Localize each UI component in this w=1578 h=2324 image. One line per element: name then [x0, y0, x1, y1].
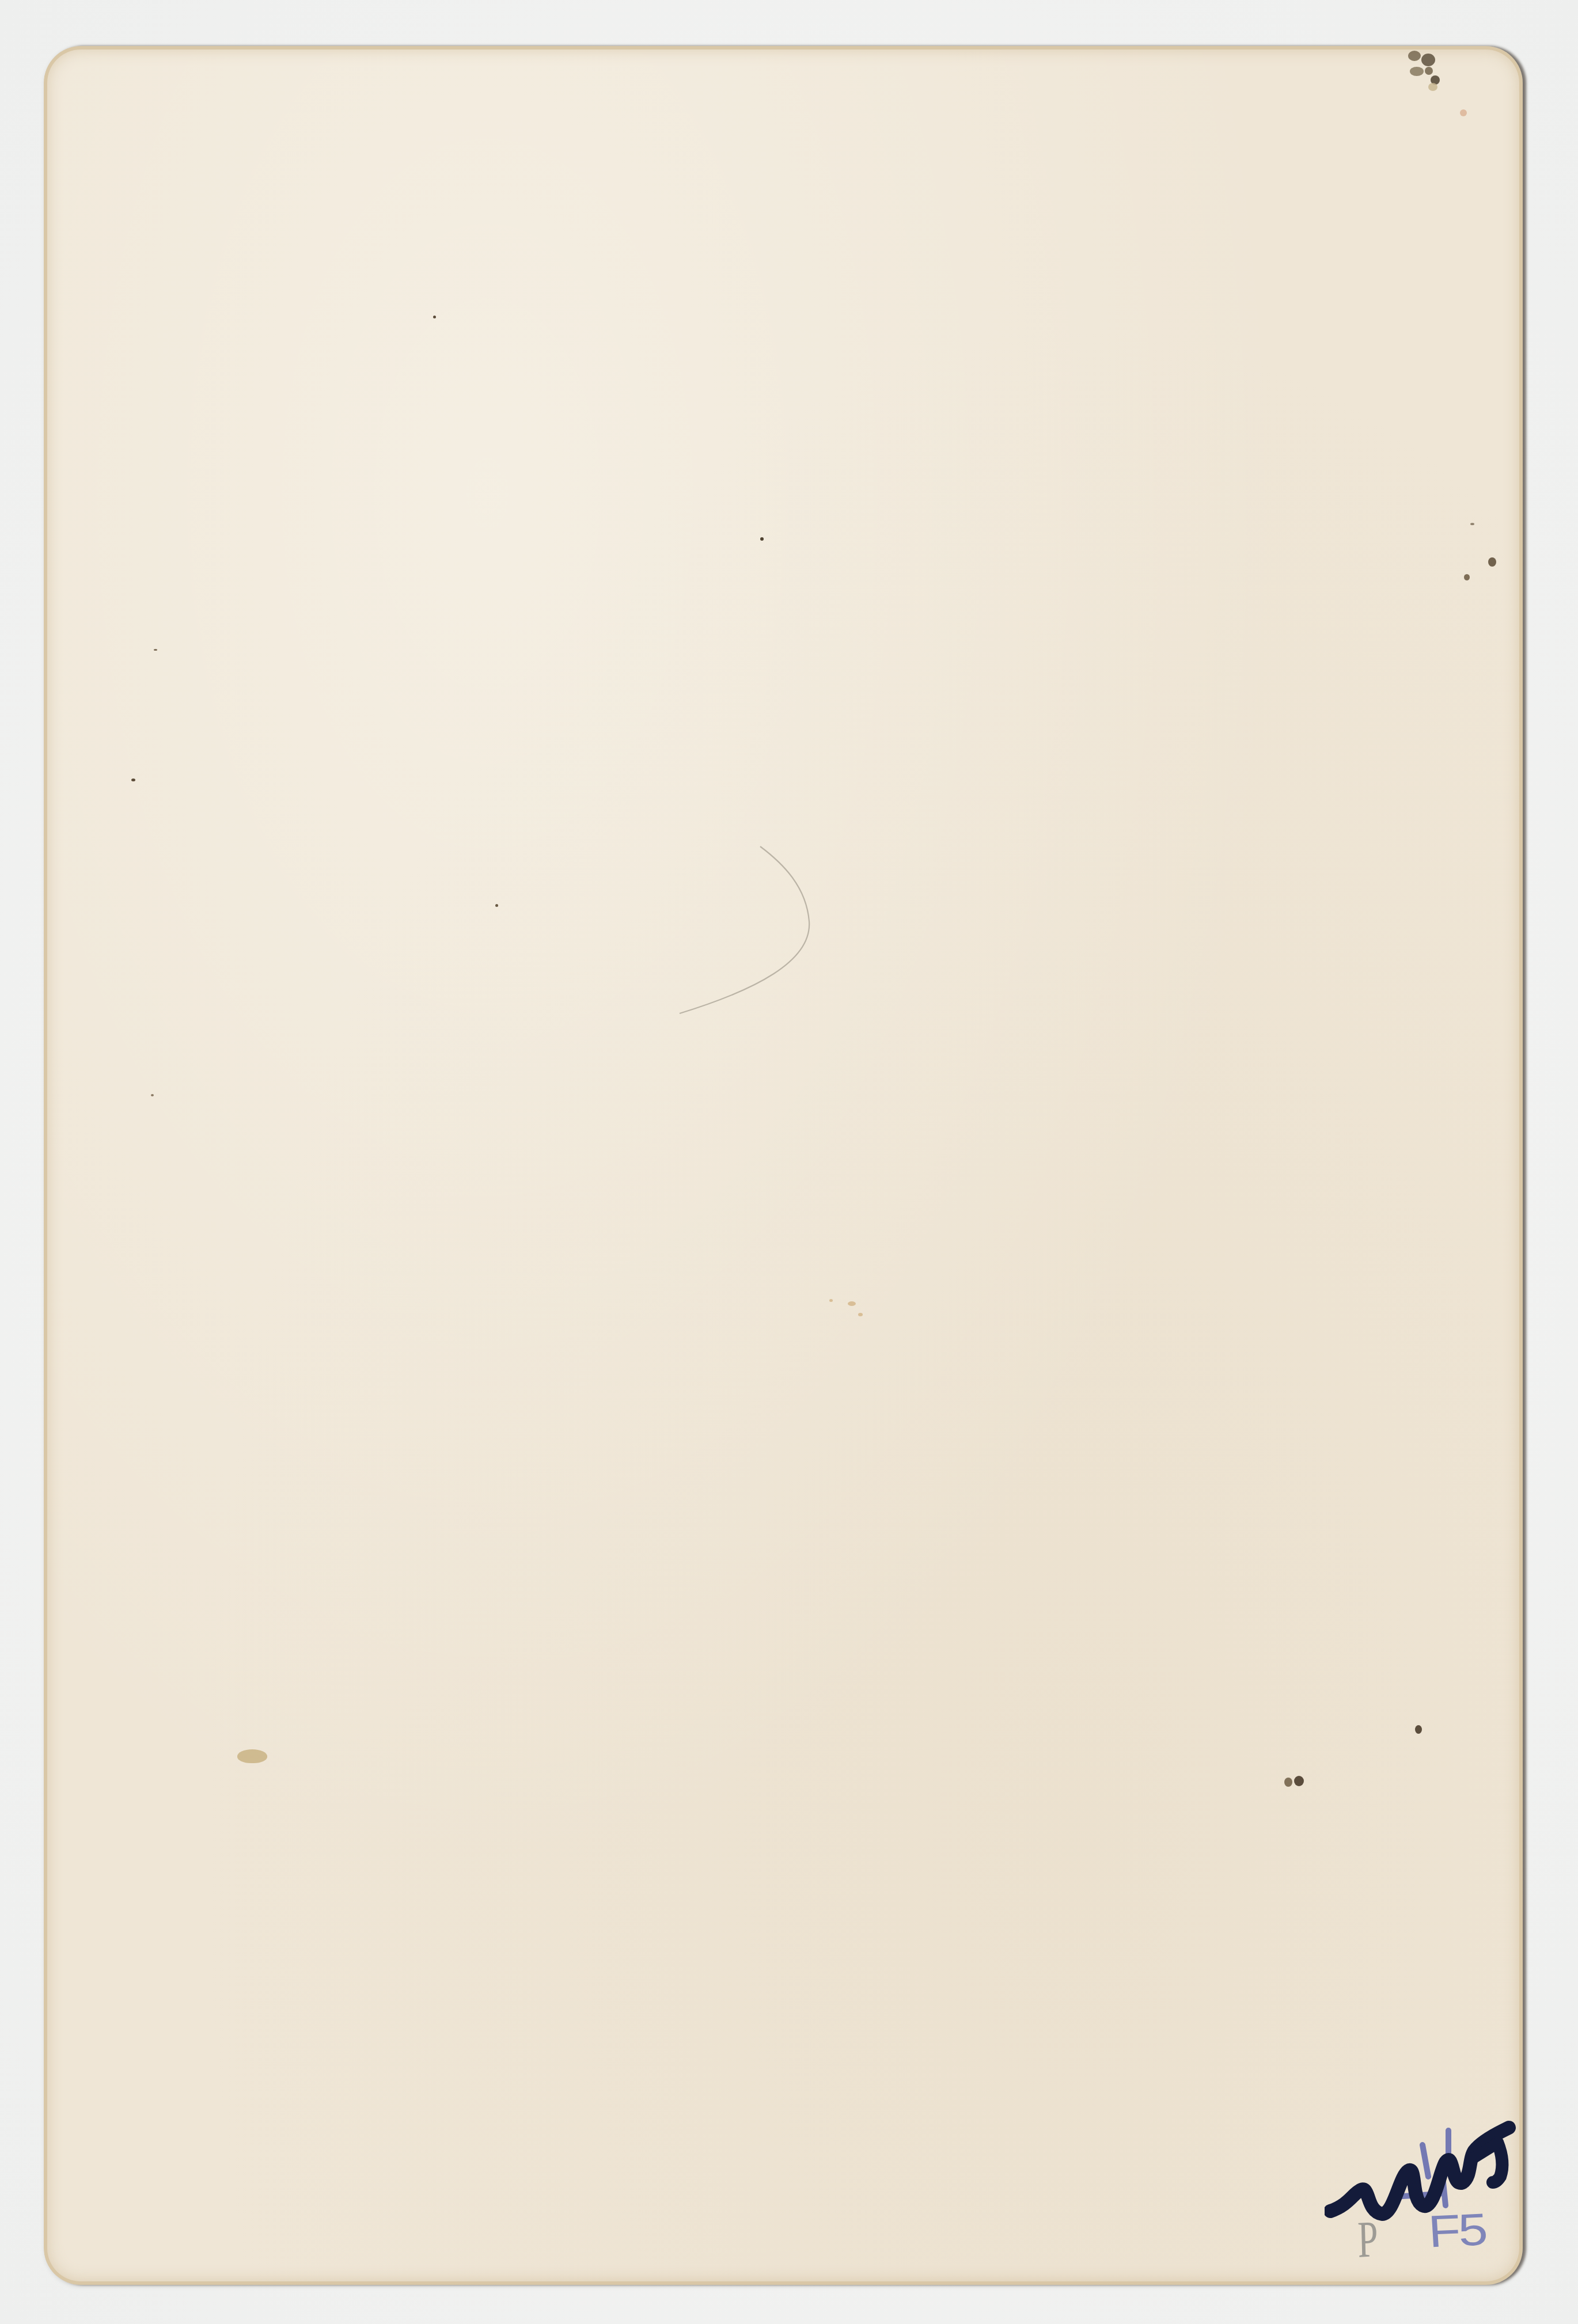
blue-ink-code: F5	[1427, 2204, 1487, 2258]
stain-left	[237, 1749, 267, 1763]
pencil-arc-mark	[610, 841, 841, 1025]
cabinet-card-back: cabinet card reverse (blank)	[44, 46, 1523, 2285]
pencil-mark: P	[1357, 2209, 1379, 2270]
